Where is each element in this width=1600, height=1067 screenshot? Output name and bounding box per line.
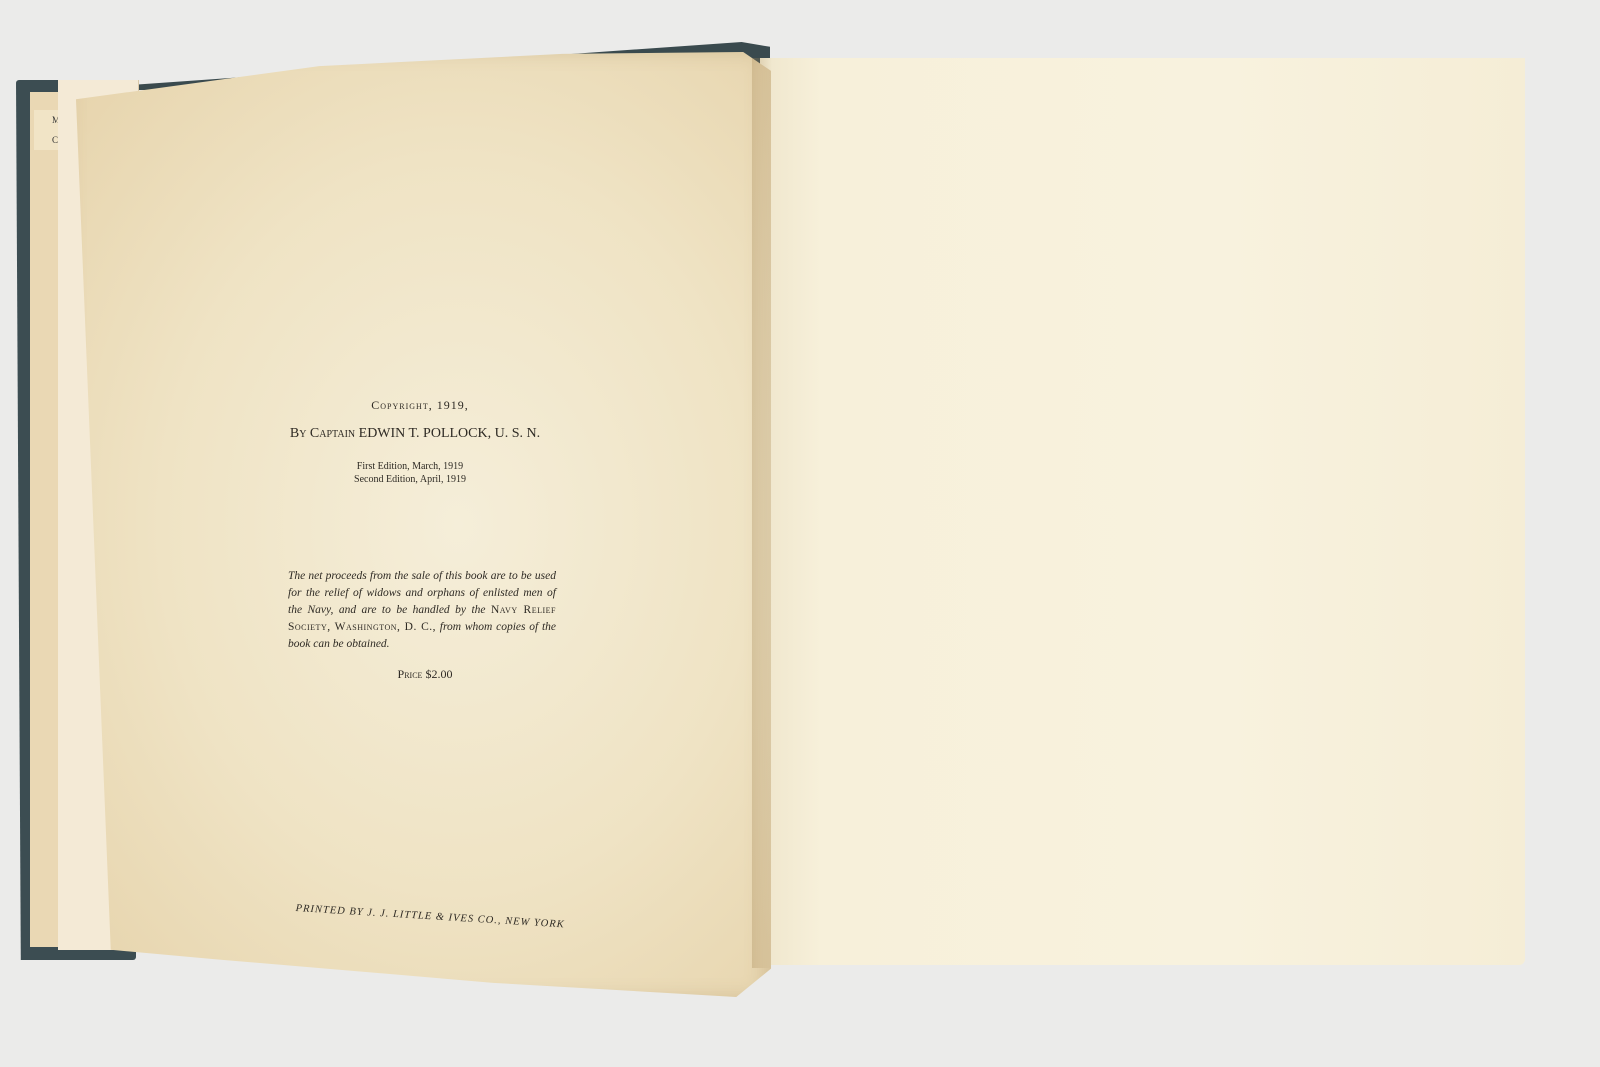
proceeds-notice: The net proceeds from the sale of this b… — [288, 568, 556, 653]
edition-second: Second Edition, April, 1919 — [300, 473, 520, 486]
author-prefix: By Captain — [290, 426, 355, 441]
left-page-copyright — [76, 52, 771, 997]
author-name: EDWIN T. POLLOCK, U. S. N. — [359, 426, 540, 441]
author-line: By Captain EDWIN T. POLLOCK, U. S. N. — [270, 426, 560, 442]
edition-first: First Edition, March, 1919 — [300, 460, 520, 473]
gutter-shadow — [752, 58, 772, 968]
edition-info: First Edition, March, 1919 Second Editio… — [300, 460, 520, 486]
copyright-line: Copyright, 1919, — [270, 398, 570, 413]
price-line: Price $2.00 — [370, 667, 480, 682]
right-page-blank — [760, 58, 1525, 965]
